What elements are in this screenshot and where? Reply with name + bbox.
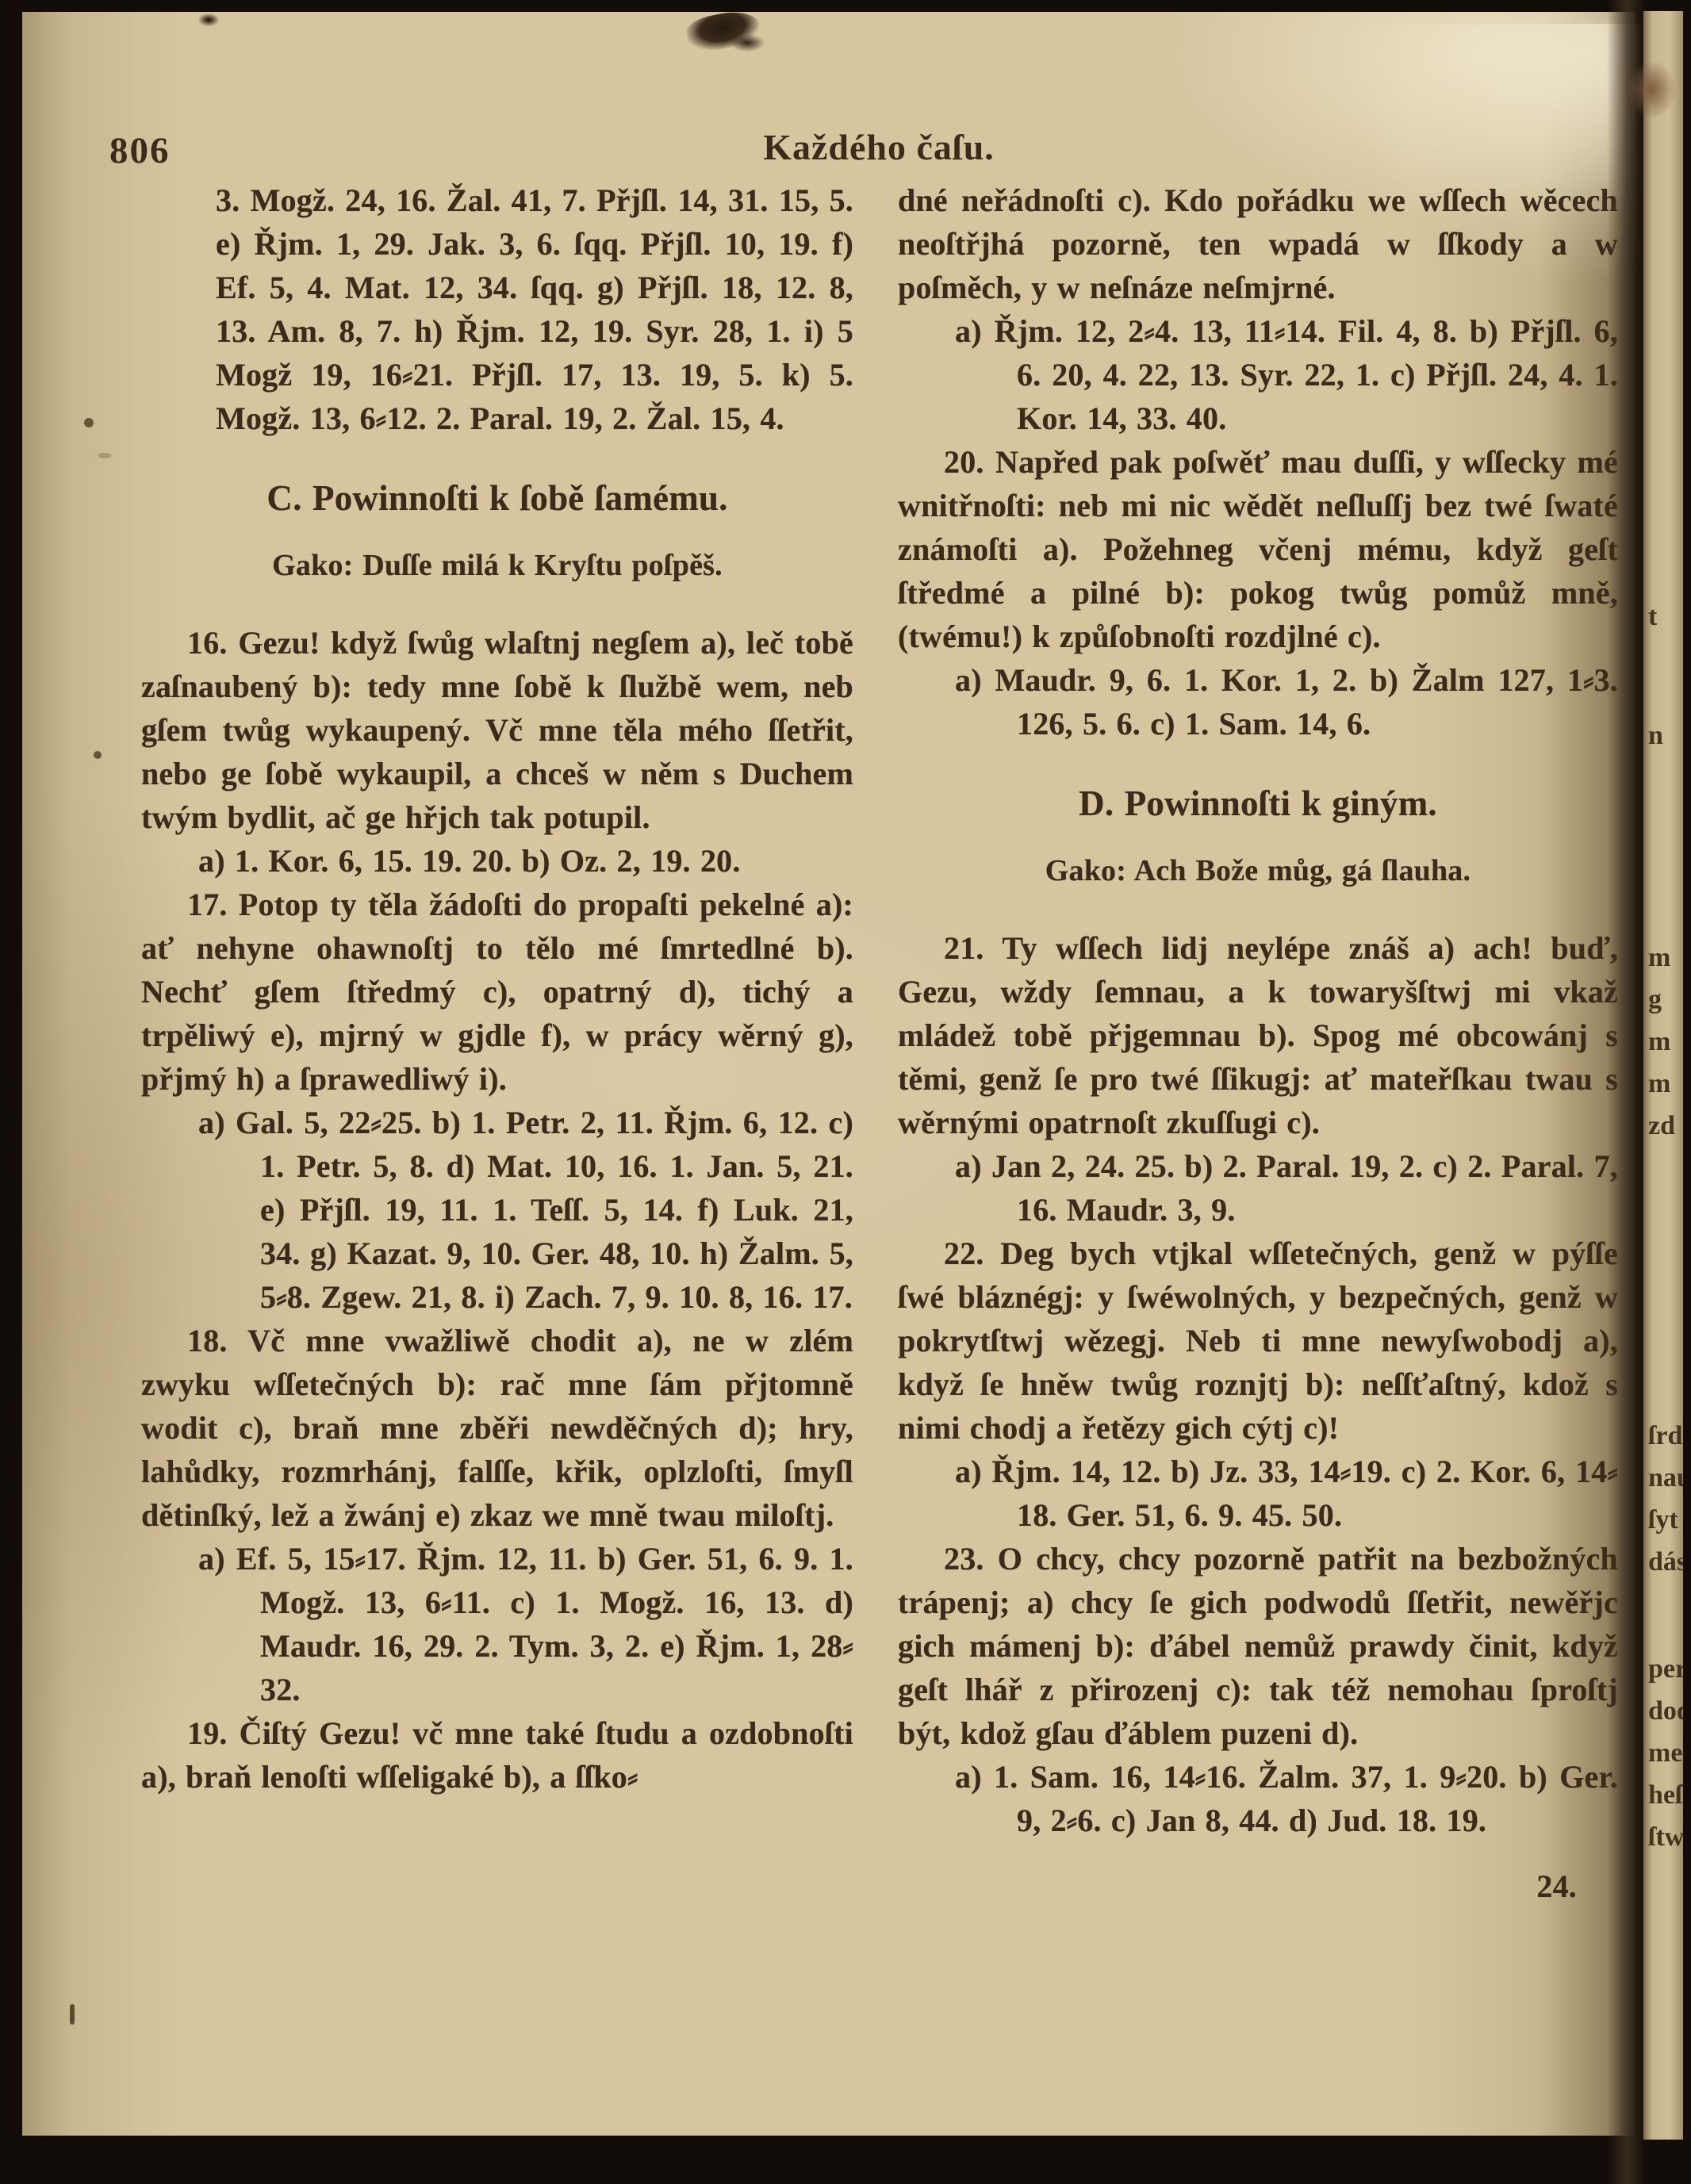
left-column: 3. Mogž. 24, 16. Žal. 41, 7. Přjſl. 14, … — [141, 178, 853, 1799]
facing-page-text-fragment: m — [1648, 1027, 1670, 1057]
facing-page-text-fragment: n — [1648, 721, 1663, 751]
facing-page-text-fragment: g — [1648, 985, 1662, 1015]
section-heading-d: D. Powinnoſti k giným. — [898, 782, 1618, 826]
ink-speck — [70, 2004, 75, 2025]
reference-list: a) Gal. 5, 22⸗25. b) 1. Petr. 2, 11. Řjm… — [141, 1101, 853, 1319]
reference-list: a) Řjm. 14, 12. b) Jz. 33, 14⸗19. c) 2. … — [898, 1450, 1618, 1537]
reference-list: a) Řjm. 12, 2⸗4. 13, 11⸗14. Fil. 4, 8. b… — [898, 309, 1618, 440]
ink-speck — [98, 453, 111, 458]
facing-page-text-fragment: m — [1648, 943, 1670, 973]
ink-speck — [84, 418, 94, 427]
paragraph-22: 22. Deg bych vtjkal wſſetečných, genž w … — [898, 1232, 1618, 1450]
ink-smudge — [730, 34, 765, 52]
ink-speck — [94, 751, 102, 759]
ink-blot — [198, 13, 219, 26]
right-column: dné neřádnoſti c). Kdo pořádku we wſſech… — [898, 178, 1618, 1940]
running-head: Každého čaſu. — [601, 126, 1156, 168]
reference-list: a) 1. Sam. 16, 14⸗16. Žalm. 37, 1. 9⸗20.… — [898, 1755, 1618, 1842]
paragraph-18: 18. Vč mne vwažliwě chodit a), ne w zlém… — [141, 1319, 853, 1537]
paragraph-17: 17. Potop ty těla žádoſti do propaſti pe… — [141, 883, 853, 1101]
paragraph-19-continued: dné neřádnoſti c). Kdo pořádku we wſſech… — [898, 178, 1618, 309]
stain — [1628, 62, 1675, 117]
paragraph-23: 23. O chcy, chcy pozorně patřit na bezbo… — [898, 1537, 1618, 1755]
facing-page-text-fragment: t — [1648, 602, 1657, 632]
page-number: 806 — [109, 129, 171, 172]
facing-page-text-fragment: ſyt — [1648, 1505, 1678, 1535]
facing-page-text-fragment: m — [1648, 1069, 1670, 1099]
facing-page-sliver: t n m g m m zd ſrd nau ſyt dás per dod m… — [1643, 11, 1683, 2140]
paragraph-20: 20. Napřed pak poſwěť mau duſſi, y wſſec… — [898, 440, 1618, 658]
facing-page-text-fragment: ſtw — [1648, 1822, 1683, 1853]
book-page: 806 Každého čaſu. 3. Mogž. 24, 16. Žal. … — [22, 12, 1635, 2136]
reference-list: a) Ef. 5, 15⸗17. Řjm. 12, 11. b) Ger. 51… — [141, 1537, 853, 1711]
facing-page-text-fragment: per — [1648, 1654, 1683, 1684]
paragraph-16: 16. Gezu! když ſwůg wlaſtnj negſem a), l… — [141, 621, 853, 839]
reference-list: a) Maudr. 9, 6. 1. Kor. 1, 2. b) Žalm 12… — [898, 658, 1618, 745]
facing-page-text-fragment: zd — [1648, 1111, 1675, 1141]
facing-page-text-fragment: dod — [1648, 1696, 1683, 1726]
reference-list: a) 1. Kor. 6, 15. 19. 20. b) Oz. 2, 19. … — [141, 839, 853, 883]
scanned-book-page: { "page": { "number": "806", "running_he… — [0, 0, 1691, 2184]
facing-page-text-fragment: heſl — [1648, 1780, 1683, 1810]
paragraph-19: 19. Čiſtý Gezu! vč mne také ſtudu a ozdo… — [141, 1711, 853, 1799]
reference-list: a) Jan 2, 24. 25. b) 2. Paral. 19, 2. c)… — [898, 1144, 1618, 1232]
reference-list: 3. Mogž. 24, 16. Žal. 41, 7. Přjſl. 14, … — [141, 178, 853, 440]
book-gutter-shadow — [1607, 0, 1643, 2184]
facing-page-text-fragment: ſrd — [1648, 1421, 1682, 1451]
catchword: 24. — [898, 1864, 1618, 1908]
paragraph-21: 21. Ty wſſech lidj neylépe znáš a) ach! … — [898, 926, 1618, 1144]
hymn-reference: Gako: Duſſe milá k Kryſtu poſpěš. — [141, 544, 853, 588]
hymn-reference: Gako: Ach Bože můg, gá ſlauha. — [898, 849, 1618, 893]
facing-page-text-fragment: men — [1648, 1738, 1683, 1768]
facing-page-text-fragment: nau — [1648, 1463, 1683, 1493]
section-heading-c: C. Powinnoſti k ſobě ſamému. — [141, 477, 853, 520]
facing-page-text-fragment: dás — [1648, 1547, 1683, 1577]
